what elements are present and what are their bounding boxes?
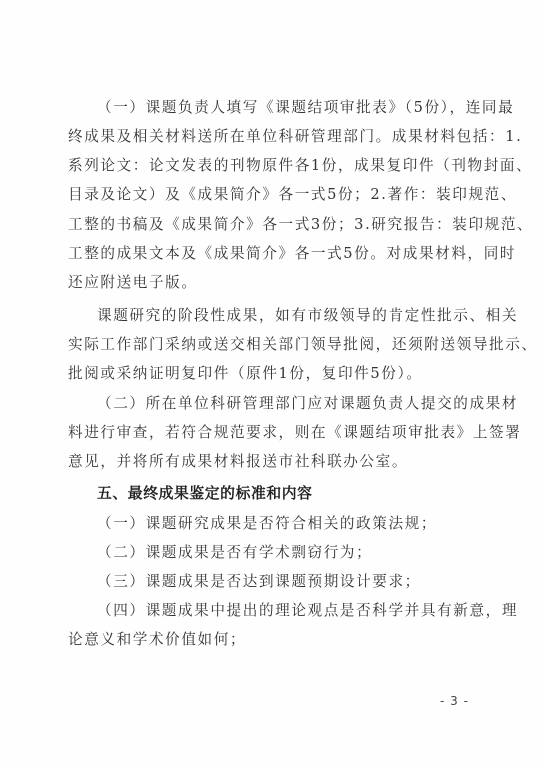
document-page: （一）课题负责人填写《课题结项审批表》（5份），连同最 终成果及相关材料送所在单… — [0, 0, 542, 768]
text-line-10: 批阅或采纳证明复印件（原件1份，复印件5份）。 — [68, 363, 472, 385]
text-line-17: （三）课题成果是否达到课题预期设计要求； — [97, 571, 472, 593]
text-line-6: 工整的成果文本及《成果简介》各一式5份。对成果材料，同时 — [68, 243, 472, 265]
text-line-2: 终成果及相关材料送所在单位科研管理部门。成果材料包括：1. — [68, 126, 472, 148]
text-line-16: （二）课题成果是否有学术剽窃行为； — [97, 542, 472, 564]
text-line-5: 工整的书稿及《成果简介》各一式3份；3.研究报告：装印规范、 — [68, 214, 472, 236]
text-line-12: 料进行审查，若符合规范要求，则在《课题结项审批表》上签署 — [68, 422, 472, 444]
text-line-4: 目录及论文）及《成果简介》各一式5份；2.著作：装印规范、 — [68, 184, 472, 206]
text-line-7: 还应附送电子版。 — [68, 272, 472, 294]
page-number: - 3 - — [440, 694, 469, 708]
text-line-9: 实际工作部门采纳或送交相关部门领导批阅，还须附送领导批示、 — [68, 334, 472, 356]
text-line-18: （四）课题成果中提出的理论观点是否科学并具有新意，理 — [97, 600, 472, 622]
text-line-3: 系列论文：论文发表的刊物原件各1份，成果复印件（刊物封面、 — [68, 155, 472, 177]
section-heading: 五、最终成果鉴定的标准和内容 — [97, 483, 472, 505]
text-line-19: 论意义和学术价值如何； — [68, 629, 472, 651]
text-line-13: 意见，并将所有成果材料报送市社科联办公室。 — [68, 451, 472, 473]
text-line-8: 课题研究的阶段性成果，如有市级领导的肯定性批示、相关 — [97, 305, 472, 327]
text-line-15: （一）课题研究成果是否符合相关的政策法规； — [97, 513, 472, 535]
text-line-1: （一）课题负责人填写《课题结项审批表》（5份），连同最 — [97, 97, 472, 119]
text-line-11: （二）所在单位科研管理部门应对课题负责人提交的成果材 — [97, 393, 472, 415]
